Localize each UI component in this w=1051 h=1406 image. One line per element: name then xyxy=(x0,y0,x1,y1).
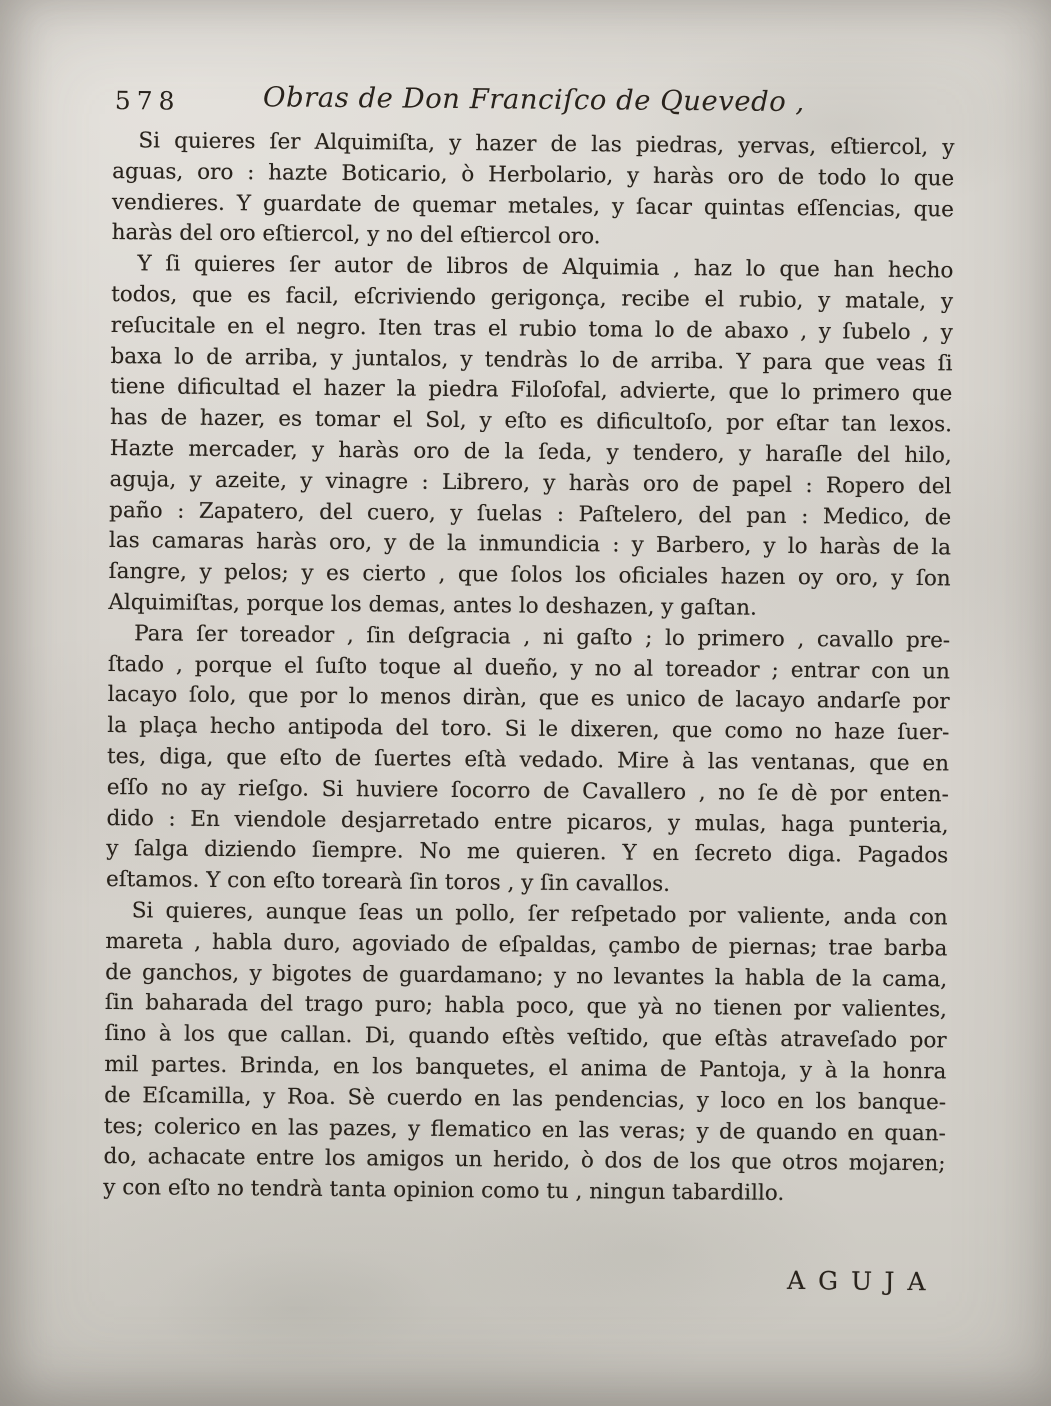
catchword: AGUJA xyxy=(787,1266,939,1296)
paragraph: Y ſi quieres ſer autor de libros de Alqu… xyxy=(108,249,953,626)
paragraph: Si quieres, aunque ſeas un pollo, ſer re… xyxy=(103,896,948,1211)
text-block: Si quieres ſer Alquimiſta, y hazer de la… xyxy=(103,126,954,1211)
catchword-row: AGUJA xyxy=(102,1260,944,1296)
page-content: 578 Obras de Don Franciſco de Quevedo , … xyxy=(102,80,955,1296)
page-header: 578 Obras de Don Franciſco de Quevedo , xyxy=(113,80,955,133)
book-page-scan: 578 Obras de Don Franciſco de Quevedo , … xyxy=(0,0,1051,1406)
running-title: Obras de Don Franciſco de Quevedo , xyxy=(113,80,955,119)
paragraph: Si quieres ſer Alquimiſta, y hazer de la… xyxy=(112,126,955,257)
paragraph: Para ſer toreador , ſin deſgracia , ni g… xyxy=(106,619,950,904)
page-number: 578 xyxy=(115,86,181,116)
